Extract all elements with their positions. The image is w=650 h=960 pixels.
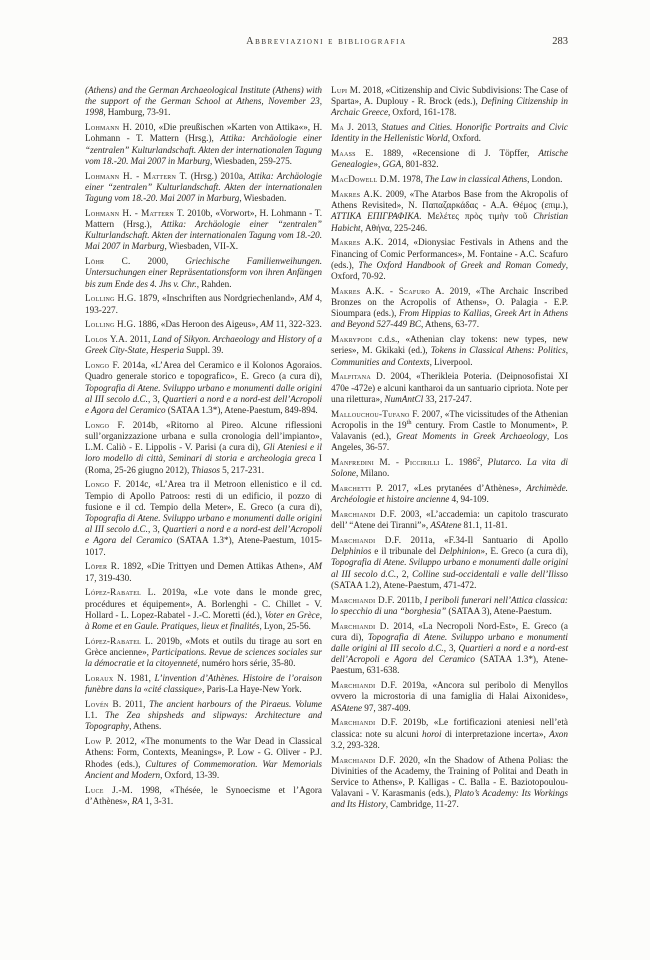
entry-text-segment: MacDowell D.M. — [331, 174, 400, 184]
entry-text-segment: , London. — [527, 174, 562, 184]
entry-text-segment: , Oxford. — [448, 133, 481, 143]
entry-text-segment: Low P. — [85, 736, 112, 746]
bibliography-entry: Lovén B. 2011, The ancient harbours of t… — [85, 699, 322, 733]
entry-text-segment: Manfredini M. - Piccirilli L. — [331, 457, 453, 467]
entry-text-segment: Hesperia — [150, 345, 184, 355]
entry-text-segment: , Oxford, 161-178. — [388, 107, 456, 117]
entry-text-segment: 4, 94-109. — [449, 494, 488, 504]
entry-text-segment: Ma J. — [331, 122, 354, 132]
entry-text-segment: The Oxford Handbook of Greek and Roman C… — [358, 260, 565, 270]
entry-text-segment: 1978, — [400, 174, 425, 184]
bibliography-entry: Löper R. 1892, «Die Trittyen und Demen A… — [85, 561, 322, 583]
entry-text-segment: Makres A.K. — [331, 237, 384, 247]
bibliography-entry: Lupi M. 2018, «Citizenship and Civic Sub… — [331, 85, 568, 119]
entry-text-segment: Delphinion — [439, 546, 480, 556]
entry-text-segment: , Wiesbaden, VII-X. — [164, 241, 238, 251]
entry-text-segment: ASAtene — [331, 703, 362, 713]
entry-text-segment: , 3, — [444, 643, 459, 653]
bibliography-entry: Longo F. 2014c, «L’Area tra il Metroon e… — [85, 479, 322, 557]
entry-text-segment: Lohmann H. - Mattern T. — [85, 171, 187, 181]
entry-text-segment: Marchiandi D.F. — [331, 595, 395, 605]
entry-text-segment: Marchetti P. — [331, 483, 383, 493]
entry-text-segment: , Milano. — [356, 468, 389, 478]
entry-text-segment: Lolos Y.A. — [85, 334, 128, 344]
entry-text-segment: Lohmann H. - Mattern T. — [85, 208, 185, 218]
entry-text-segment: , Athens. — [129, 721, 161, 731]
entry-text-segment: Lohmann H. — [85, 122, 132, 132]
entry-text-segment: 11, 322-323. — [274, 319, 322, 329]
entry-text-segment: , Athens, 63-77. — [421, 319, 479, 329]
entry-text-segment: e il tribunale del — [371, 546, 439, 556]
entry-text-segment: 97, 387-409. — [362, 703, 411, 713]
left-column: (Athens) and the German Archaeological I… — [85, 85, 322, 811]
bibliography-columns: (Athens) and the German Archaeological I… — [85, 85, 568, 811]
page-number: 283 — [407, 36, 568, 47]
bibliography-entry: Makrypodi c.d.s., «Athenian clay tokens:… — [331, 334, 568, 368]
bibliography-entry: (Athens) and the German Archaeological I… — [85, 85, 322, 119]
bibliography-entry: Lohmann H. 2010, «Die preußischen »Karte… — [85, 122, 322, 167]
entry-text-segment: 1886, «Das Heroon des Aigeus», — [136, 319, 260, 329]
entry-text-segment: Marchiandi D.F. — [331, 680, 397, 690]
entry-text-segment: The ancient harbours of the Piraeus. Vol… — [149, 699, 322, 709]
bibliography-entry: Marchetti P. 2017, «Les prytanées d’Athè… — [331, 483, 568, 505]
entry-text-segment: (SATAA 1.2), Atene-Paestum, 471-472. — [331, 580, 476, 590]
entry-text-segment: Makres A.K. — [331, 189, 382, 199]
entry-text-segment: López-Rabatel L. — [85, 587, 156, 597]
bibliography-entry: Marchiandi D.F. 2003, «L’accademia: un c… — [331, 509, 568, 531]
bibliography-entry: Loraux N. 1981, L’invention d’Athènes. H… — [85, 673, 322, 695]
entry-text-segment: », E. Greco (a cura di), — [481, 546, 568, 556]
entry-text-segment: Marchiandi D.F. — [331, 717, 398, 727]
entry-text-segment: Marchiandi D.F. — [331, 535, 401, 545]
entry-text-segment: Makrypodi — [331, 334, 372, 344]
bibliography-entry: MacDowell D.M. 1978, The Law in classica… — [331, 174, 568, 185]
entry-text-segment: RA — [132, 796, 143, 806]
entry-text-segment: 2014a, «L’Area del Ceramico e il Kolonos… — [85, 360, 322, 381]
book-page: Abbreviazioni e bibliografia 283 (Athens… — [0, 0, 650, 960]
entry-text-segment: Hamburg, 73-91. — [108, 107, 171, 117]
entry-text-segment: Seminari di storia e archeologia greca — [169, 453, 316, 463]
entry-text-segment: AM — [299, 293, 312, 303]
entry-text-segment: , 801-832. — [401, 159, 438, 169]
entry-text-segment: 1981, — [127, 673, 155, 683]
entry-text-segment: , Wiesbaden, 259-275. — [210, 156, 292, 166]
bibliography-entry: Marchiandi D.F. 2011a, «F.34-Il Santuari… — [331, 535, 568, 591]
entry-text-segment: Marchiandi D.F. — [331, 755, 396, 765]
entry-text-segment: 3.2, 293-328. — [331, 740, 380, 750]
entry-text-segment: NumAntCl — [384, 394, 423, 404]
entry-text-segment: 5, 217-231. — [220, 465, 264, 475]
page-header: Abbreviazioni e bibliografia 283 — [85, 36, 568, 47]
bibliography-entry: Mallouchou-Tufano F. 2007, «The vicissit… — [331, 409, 568, 454]
entry-text-segment: Longo F. — [85, 420, 125, 430]
bibliography-entry: Malfitana D. 2004, «Therikleia Poteria. … — [331, 371, 568, 405]
entry-text-segment: AM — [309, 561, 322, 571]
entry-text-segment: 1889, «Recensione di J. Töpffer, — [374, 148, 539, 158]
entry-text-segment: Malfitana D. — [331, 371, 386, 381]
entry-text-segment: Lupi M. — [331, 85, 361, 95]
bibliography-entry: Longo F. 2014a, «L’Area del Ceramico e i… — [85, 360, 322, 416]
entry-text-segment: Longo F. — [85, 479, 121, 489]
entry-text-segment: , 3, — [148, 394, 162, 404]
bibliography-entry: Manfredini M. - Piccirilli L. 19862, Plu… — [331, 457, 568, 479]
entry-text-segment: López-Rabatel L. — [85, 636, 153, 646]
bibliography-entry: Makres A.K. - Scafuro A. 2019, «The Arch… — [331, 286, 568, 331]
entry-text-segment: The Zea shipsheds and slipways: Architec… — [85, 710, 322, 731]
entry-text-segment: 1986 — [453, 457, 477, 467]
entry-text-segment: , — [480, 457, 488, 467]
entry-text-segment: , Liverpool. — [430, 357, 473, 367]
entry-text-segment: (Hrsg.) 2010a, — [187, 171, 248, 181]
entry-text-segment: Lolling H.G. — [85, 319, 136, 329]
entry-text-segment: 2011, — [128, 334, 153, 344]
entry-text-segment: , Rahden. — [197, 279, 232, 289]
entry-text-segment: Axon — [549, 729, 568, 739]
entry-text-segment: 2014c, «L’Area tra il Metroon ellenistic… — [85, 479, 322, 511]
entry-text-segment: , Paris-La Haye-New York. — [202, 684, 301, 694]
entry-text-segment: 2011a, «F.34-Il Santuario di Apollo — [401, 535, 568, 545]
bibliography-entry: Lohmann H. - Mattern T. (Hrsg.) 2010a, A… — [85, 171, 322, 205]
entry-text-segment: , Lyon, 25-56. — [259, 621, 310, 631]
bibliography-entry: Longo F. 2014b, «Ritorno al Pireo. Alcun… — [85, 420, 322, 476]
bibliography-entry: Marchiandi D. 2014, «La Necropoli Nord-E… — [331, 621, 568, 677]
entry-text-segment: (SATAA 1.3*), Atene-Paestum, 849-894. — [166, 405, 318, 415]
bibliography-entry: Makres A.K. 2009, «The Atarbos Base from… — [331, 189, 568, 234]
entry-text-segment: ASAtene — [430, 520, 461, 530]
bibliography-entry: Marchiandi D.F. 2020, «In the Shadow of … — [331, 755, 568, 811]
entry-text-segment: Suppl. 39. — [184, 345, 223, 355]
entry-text-segment: . Μελέτες πρὸς τιμὴν τοῦ — [419, 211, 533, 221]
entry-text-segment: Colline sud-occidentali e valle dell’Ili… — [412, 569, 568, 579]
entry-text-segment: Maass E. — [331, 148, 374, 158]
bibliography-entry: Lolos Y.A. 2011, Land of Sikyon. Archaeo… — [85, 334, 322, 356]
entry-text-segment: », — [373, 159, 382, 169]
bibliography-entry: Luce J.-M. 1998, «Thésée, le Synoecisme … — [85, 785, 322, 807]
bibliography-entry: Lolling H.G. 1886, «Das Heroon des Aigeu… — [85, 319, 322, 330]
bibliography-entry: Lolling H.G. 1879, «Inschriften aus Nord… — [85, 293, 322, 315]
entry-text-segment: Great Moments in Greek Archaeology — [396, 431, 547, 441]
entry-text-segment: AM — [260, 319, 273, 329]
entry-text-segment: I.1. — [85, 710, 105, 720]
bibliography-entry: Maass E. 1889, «Recensione di J. Töpffer… — [331, 148, 568, 170]
bibliography-entry: Marchiandi D.F. 2019a, «Ancora sul perib… — [331, 680, 568, 714]
entry-text-segment: , Cambridge, 11-27. — [386, 799, 459, 809]
right-column: Lupi M. 2018, «Citizenship and Civic Sub… — [331, 85, 568, 811]
entry-text-segment: 1, 3-31. — [143, 796, 173, 806]
entry-text-segment: The Law in classical Athens — [425, 174, 527, 184]
entry-text-segment: 2017, «Les prytanées d’Athènes», — [383, 483, 526, 493]
entry-text-segment: Luce J.-M. — [85, 785, 133, 795]
entry-text-segment: Löper R. — [85, 561, 120, 571]
entry-text-segment: Marchiandi D.F. — [331, 509, 397, 519]
entry-text-segment: Lolling H.G. — [85, 293, 136, 303]
bibliography-entry: López-Rabatel L. 2019a, «Le vote dans le… — [85, 587, 322, 632]
bibliography-entry: Löhr C. 2000, Griechische Familienweihun… — [85, 256, 322, 290]
entry-text-segment: 1892, «Die Trittyen und Demen Attikas At… — [120, 561, 309, 571]
entry-text-segment: GGA — [382, 159, 401, 169]
bibliography-entry: Marchiandi D.F. 2011b, I periboli funera… — [331, 595, 568, 617]
entry-text-segment: Longo F. — [85, 360, 120, 370]
entry-text-segment: Loraux N. — [85, 673, 127, 683]
entry-text-segment: , Oxford, 13-39. — [160, 770, 219, 780]
bibliography-entry: Makres A.K. 2014, «Dionysiac Festivals i… — [331, 237, 568, 282]
entry-text-segment: , numéro hors série, 35-80. — [197, 658, 295, 668]
entry-text-segment: 1879, «Inschriften aus Nordgriechenland»… — [136, 293, 299, 303]
entry-text-segment: , Wiesbaden. — [239, 193, 286, 203]
entry-text-segment: horoi — [422, 729, 442, 739]
entry-text-segment: 2011b, — [395, 595, 425, 605]
entry-text-segment: 2000, — [131, 256, 186, 266]
entry-text-segment: Delphinios — [331, 546, 371, 556]
entry-text-segment: , 2, — [396, 569, 412, 579]
running-title: Abbreviazioni e bibliografia — [246, 36, 406, 47]
entry-text-segment: , 3, — [148, 524, 162, 534]
entry-text-segment: 81.1, 11-81. — [461, 520, 507, 530]
entry-text-segment: Marchiandi D. — [331, 621, 389, 631]
bibliography-entry: Ma J. 2013, Statues and Cities. Honorifi… — [331, 122, 568, 144]
bibliography-entry: Low P. 2012, «The monuments to the War D… — [85, 736, 322, 781]
entry-text-segment: 33, 217-247. — [423, 394, 472, 404]
bibliography-entry: López-Rabatel L. 2019b, «Mots et outils … — [85, 636, 322, 670]
entry-text-segment: (SATAA 3), Atene-Paestum. — [446, 606, 552, 616]
entry-text-segment: Thiasos — [191, 465, 220, 475]
entry-text-segment: di interpretazione incerta», — [442, 729, 550, 739]
bibliography-entry: Marchiandi D.F. 2019b, «Le fortificazion… — [331, 717, 568, 751]
entry-text-segment: 2011, — [121, 699, 149, 709]
entry-text-segment: Mallouchou-Tufano F. — [331, 409, 419, 419]
entry-text-segment: Makres A.K. - Scafuro A. — [331, 286, 444, 296]
entry-text-segment: ΑΤΤΙΚΑ ΕΠΙΓΡΑΦΙΚΑ — [331, 211, 419, 221]
entry-text-segment: Löhr C. — [85, 256, 131, 266]
bibliography-entry: Lohmann H. - Mattern T. 2010b, «Vorwort»… — [85, 208, 322, 253]
entry-text-segment: , Αθήνα, 225-246. — [361, 223, 428, 233]
entry-text-segment: Lovén B. — [85, 699, 121, 709]
entry-text-segment: 17, 319-430. — [85, 573, 132, 583]
entry-text-segment: 2013, — [354, 122, 381, 132]
